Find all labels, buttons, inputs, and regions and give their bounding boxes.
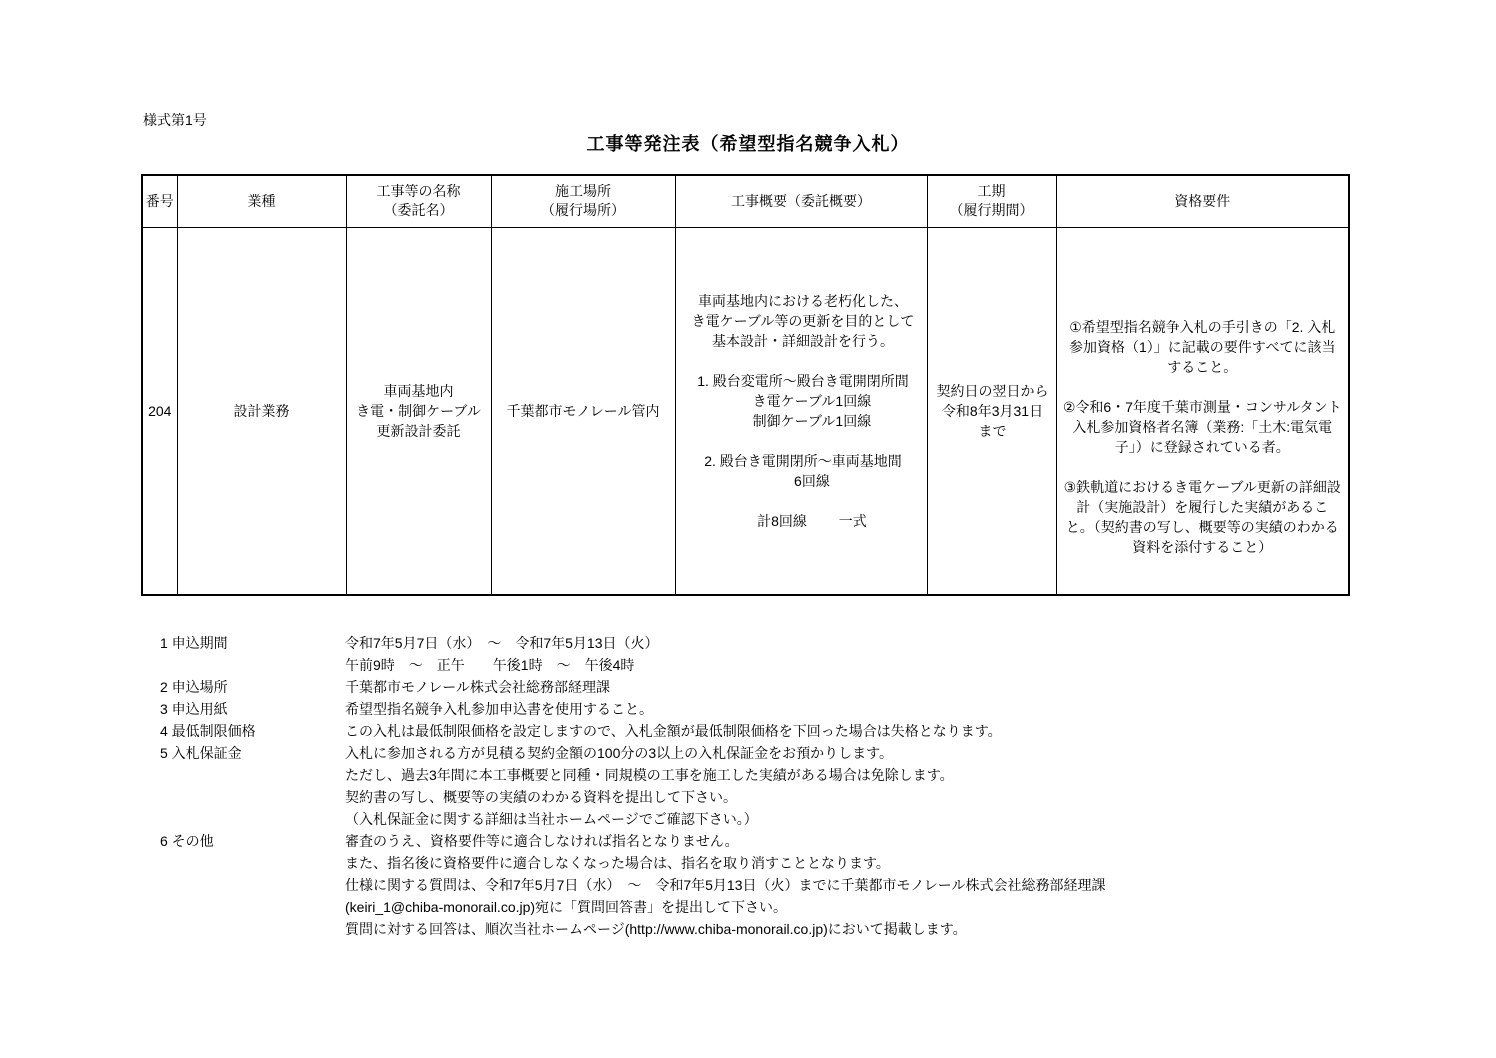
header-number: 番号	[142, 175, 177, 227]
note-text: この入札は最低制限価格を設定しますので、入札金額が最低制限価格を下回った場合は失…	[345, 720, 1106, 742]
note-text: 入札に参加される方が見積る契約金額の100分の3以上の入札保証金をお預かりします…	[345, 742, 1106, 764]
note-text: また、指名後に資格要件に適合しなくなった場合は、指名を取り消すこととなります。	[345, 852, 1106, 874]
note-label	[160, 764, 345, 786]
note-label	[160, 786, 345, 808]
note-row-other: 6 その他 審査のうえ、資格要件等に適合しなければ指名となりません。	[160, 830, 1106, 852]
cell-qualification: ①希望型指名競争入札の手引きの「2. 入札参加資格（1）」に記載の要件すべてに該…	[1056, 227, 1349, 595]
note-label: 4 最低制限価格	[160, 720, 345, 742]
note-label	[160, 918, 345, 940]
note-row-other-2: また、指名後に資格要件に適合しなくなった場合は、指名を取り消すこととなります。	[160, 852, 1106, 874]
note-row-minimum-price: 4 最低制限価格 この入札は最低制限価格を設定しますので、入札金額が最低制限価格…	[160, 720, 1106, 742]
header-location: 施工場所 （履行場所）	[491, 175, 675, 227]
note-row-bid-bond-3: 契約書の写し、概要等の実績のわかる資料を提出して下さい。	[160, 786, 1106, 808]
note-text: 契約書の写し、概要等の実績のわかる資料を提出して下さい。	[345, 786, 1106, 808]
note-row-other-5: 質問に対する回答は、順次当社ホームページ(http://www.chiba-mo…	[160, 918, 1106, 940]
note-row-other-4: (keiri_1@chiba-monorail.co.jp)宛に「質問回答書」を…	[160, 896, 1106, 918]
cell-category: 設計業務	[177, 227, 346, 595]
note-label	[160, 874, 345, 896]
cell-period: 契約日の翌日から 令和8年3月31日 まで	[927, 227, 1056, 595]
header-name: 工事等の名称 （委託名）	[346, 175, 491, 227]
note-label	[160, 896, 345, 918]
header-period: 工期 （履行期間）	[927, 175, 1056, 227]
note-row-bid-bond-4: （入札保証金に関する詳細は当社ホームページでご確認下さい。）	[160, 808, 1106, 830]
note-label	[160, 808, 345, 830]
header-category: 業種	[177, 175, 346, 227]
page-title: 工事等発注表（希望型指名競争入札）	[0, 130, 1496, 156]
note-label: 2 申込場所	[160, 676, 345, 698]
note-row-application-form: 3 申込用紙 希望型指名競争入札参加申込書を使用すること。	[160, 698, 1106, 720]
form-number-label: 様式第1号	[143, 111, 207, 129]
header-qualification: 資格要件	[1056, 175, 1349, 227]
cell-number: 204	[142, 227, 177, 595]
cell-location: 千葉都市モノレール管内	[491, 227, 675, 595]
note-label	[160, 654, 345, 676]
note-row-other-3: 仕様に関する質問は、令和7年5月7日（水） ～ 令和7年5月13日（火）までに千…	[160, 874, 1106, 896]
header-summary: 工事概要（委託概要）	[675, 175, 927, 227]
note-text: 午前9時 ～ 正午 午後1時 ～ 午後4時	[345, 654, 1106, 676]
note-text: ただし、過去3年間に本工事概要と同種・同規模の工事を施工した実績がある場合は免除…	[345, 764, 1106, 786]
note-text: 質問に対する回答は、順次当社ホームページ(http://www.chiba-mo…	[345, 918, 1106, 940]
note-label	[160, 852, 345, 874]
note-text: （入札保証金に関する詳細は当社ホームページでご確認下さい。）	[345, 808, 1106, 830]
procurement-table: 番号 業種 工事等の名称 （委託名） 施工場所 （履行場所） 工事概要（委託概要…	[141, 174, 1350, 596]
note-row-bid-bond-2: ただし、過去3年間に本工事概要と同種・同規模の工事を施工した実績がある場合は免除…	[160, 764, 1106, 786]
note-text: 仕様に関する質問は、令和7年5月7日（水） ～ 令和7年5月13日（火）までに千…	[345, 874, 1106, 896]
note-row-application-place: 2 申込場所 千葉都市モノレール株式会社総務部経理課	[160, 676, 1106, 698]
note-text: 令和7年5月7日（水） ～ 令和7年5月13日（火）	[345, 632, 1106, 654]
note-text: (keiri_1@chiba-monorail.co.jp)宛に「質問回答書」を…	[345, 896, 1106, 918]
note-label: 3 申込用紙	[160, 698, 345, 720]
note-label: 1 申込期間	[160, 632, 345, 654]
cell-name: 車両基地内 き電・制御ケーブル 更新設計委託	[346, 227, 491, 595]
cell-summary: 車両基地内における老朽化した、 き電ケーブル等の更新を目的として 基本設計・詳細…	[675, 227, 927, 595]
table-data-row: 204 設計業務 車両基地内 き電・制御ケーブル 更新設計委託 千葉都市モノレー…	[142, 227, 1349, 595]
note-row-bid-bond: 5 入札保証金 入札に参加される方が見積る契約金額の100分の3以上の入札保証金…	[160, 742, 1106, 764]
note-text: 千葉都市モノレール株式会社総務部経理課	[345, 676, 1106, 698]
note-text: 審査のうえ、資格要件等に適合しなければ指名となりません。	[345, 830, 1106, 852]
note-text: 希望型指名競争入札参加申込書を使用すること。	[345, 698, 1106, 720]
note-row-application-period-hours: 午前9時 ～ 正午 午後1時 ～ 午後4時	[160, 654, 1106, 676]
note-label: 6 その他	[160, 830, 345, 852]
note-row-application-period: 1 申込期間 令和7年5月7日（水） ～ 令和7年5月13日（火）	[160, 632, 1106, 654]
notes-section: 1 申込期間 令和7年5月7日（水） ～ 令和7年5月13日（火） 午前9時 ～…	[160, 632, 1106, 940]
table-header-row: 番号 業種 工事等の名称 （委託名） 施工場所 （履行場所） 工事概要（委託概要…	[142, 175, 1349, 227]
note-label: 5 入札保証金	[160, 742, 345, 764]
